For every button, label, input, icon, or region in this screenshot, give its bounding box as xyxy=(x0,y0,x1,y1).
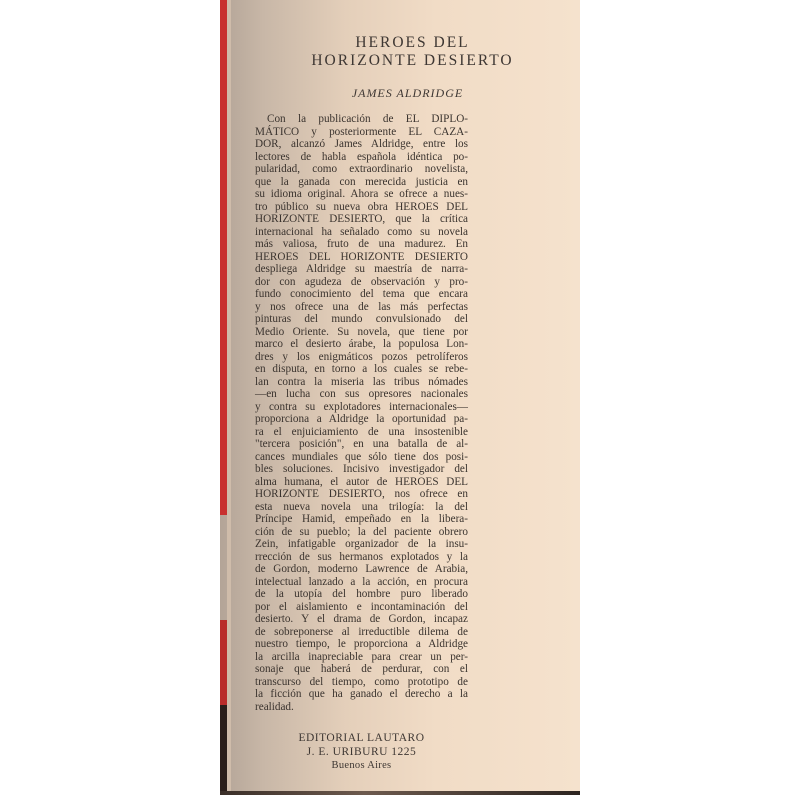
dark-spine-edge xyxy=(220,705,227,795)
book-title: HEROES DEL HORIZONTE DESIERTO xyxy=(245,34,580,70)
synopsis-line: en disputa, en torno a los cuales se reb… xyxy=(255,363,468,376)
book-title-line-1: HEROES DEL xyxy=(245,34,580,52)
synopsis-line: MÁTICO y posteriormente EL CAZA- xyxy=(255,126,468,139)
publisher-name: EDITORIAL LAUTARO xyxy=(255,731,468,745)
synopsis-line: fundo conocimiento del tema que encara xyxy=(255,288,468,301)
synopsis-line: "tercera posición", en una batalla de al… xyxy=(255,438,468,451)
synopsis-line: —en lucha con sus opresores nacionales xyxy=(255,388,468,401)
synopsis-line: HORIZONTE DESIERTO, que la crítica xyxy=(255,213,468,226)
synopsis-line: dres y los enigmáticos pozos petrolífero… xyxy=(255,351,468,364)
synopsis-line: de la utopía del hombre puro liberado xyxy=(255,588,468,601)
synopsis-line: ra el enjuiciamiento de una insostenible xyxy=(255,426,468,439)
synopsis-line: la ficción que ha ganado el derecho a la xyxy=(255,688,468,701)
synopsis-line: tro público su nueva obra HEROES DEL xyxy=(255,201,468,214)
synopsis-line: Medio Oriente. Su novela, que tiene por xyxy=(255,326,468,339)
synopsis-line: proporciona a Aldridge la oportunidad pa… xyxy=(255,413,468,426)
synopsis-line: DOR, alcanzó James Aldridge, entre los xyxy=(255,138,468,151)
synopsis-line: ción de su pueblo; la del paciente obrer… xyxy=(255,526,468,539)
synopsis-line: la arcilla inapreciable para crear un pe… xyxy=(255,651,468,664)
synopsis-line: rrección de sus hermanos explotados y la xyxy=(255,551,468,564)
page-fold-edge xyxy=(227,0,231,795)
synopsis-line: sonaje que haberá de perdurar, con el xyxy=(255,663,468,676)
synopsis-line: su idioma original. Ahora se ofrece a nu… xyxy=(255,188,468,201)
publisher-address: J. E. URIBURU 1225 xyxy=(255,745,468,759)
synopsis-line: cances mundiales que sólo tiene dos posi… xyxy=(255,451,468,464)
synopsis-line: y contra su explotadores internacionales… xyxy=(255,401,468,414)
synopsis-text: Con la publicación de EL DIPLO-MÁTICO y … xyxy=(255,113,468,713)
red-spine-edge xyxy=(220,0,227,515)
synopsis-line: Príncipe Hamid, empeñado en la libera- xyxy=(255,513,468,526)
synopsis-line: Con la publicación de EL DIPLO- xyxy=(255,113,468,126)
synopsis-line: esta nueva novela una trilogía: la del xyxy=(255,501,468,514)
synopsis-line: intelectual lanzado a la acción, en proc… xyxy=(255,576,468,589)
flap-content: HEROES DEL HORIZONTE DESIERTO JAMES ALDR… xyxy=(255,34,580,773)
synopsis-line: pinturas del mundo convulsionado del xyxy=(255,313,468,326)
synopsis-line: alma humana, el autor de HEROES DEL xyxy=(255,476,468,489)
synopsis-line: HEROES DEL HORIZONTE DESIERTO xyxy=(255,251,468,264)
synopsis-line: y nos ofrece una de las más perfectas xyxy=(255,301,468,314)
synopsis-line: de sobreponerse al irreductible dilema d… xyxy=(255,626,468,639)
synopsis-line: transcurso del tiempo, como prototipo de xyxy=(255,676,468,689)
synopsis-line: Zein, infatigable organizador de la insu… xyxy=(255,538,468,551)
synopsis-line: lectores de habla española idéntica po- xyxy=(255,151,468,164)
synopsis-line: lan contra la miseria las tribus nómades xyxy=(255,376,468,389)
synopsis-line: realidad. xyxy=(255,701,468,714)
book-title-line-2: HORIZONTE DESIERTO xyxy=(245,52,580,70)
synopsis-line: desierto. Y el drama de Gordon, incapaz xyxy=(255,613,468,626)
synopsis-line: HORIZONTE DESIERTO, nos ofrece en xyxy=(255,488,468,501)
synopsis-line: bles soluciones. Incisivo investigador d… xyxy=(255,463,468,476)
synopsis-line: nuestro tiempo, le proporciona a Aldridg… xyxy=(255,638,468,651)
publisher-city: Buenos Aires xyxy=(255,759,468,773)
synopsis-line: dor con agudeza de observación y pro- xyxy=(255,276,468,289)
author-name: JAMES ALDRIDGE xyxy=(235,86,580,101)
synopsis-line: internacional ha señalado como su novela xyxy=(255,226,468,239)
synopsis-line: pularidad, como extraordinario novelista… xyxy=(255,163,468,176)
synopsis-line: por el aislamiento e incontaminación del xyxy=(255,601,468,614)
synopsis-line: que la ganada con merecida justicia en xyxy=(255,176,468,189)
synopsis-line: de Gordon, moderno Lawrence de Arabia, xyxy=(255,563,468,576)
book-flap-page: HEROES DEL HORIZONTE DESIERTO JAMES ALDR… xyxy=(220,0,580,795)
synopsis-line: más valiosa, fruto de una madurez. En xyxy=(255,238,468,251)
publisher-block: EDITORIAL LAUTARO J. E. URIBURU 1225 Bue… xyxy=(255,731,468,773)
synopsis-line: despliega Aldridge su maestría de narra- xyxy=(255,263,468,276)
synopsis-line: marco el desierto árabe, la populosa Lon… xyxy=(255,338,468,351)
